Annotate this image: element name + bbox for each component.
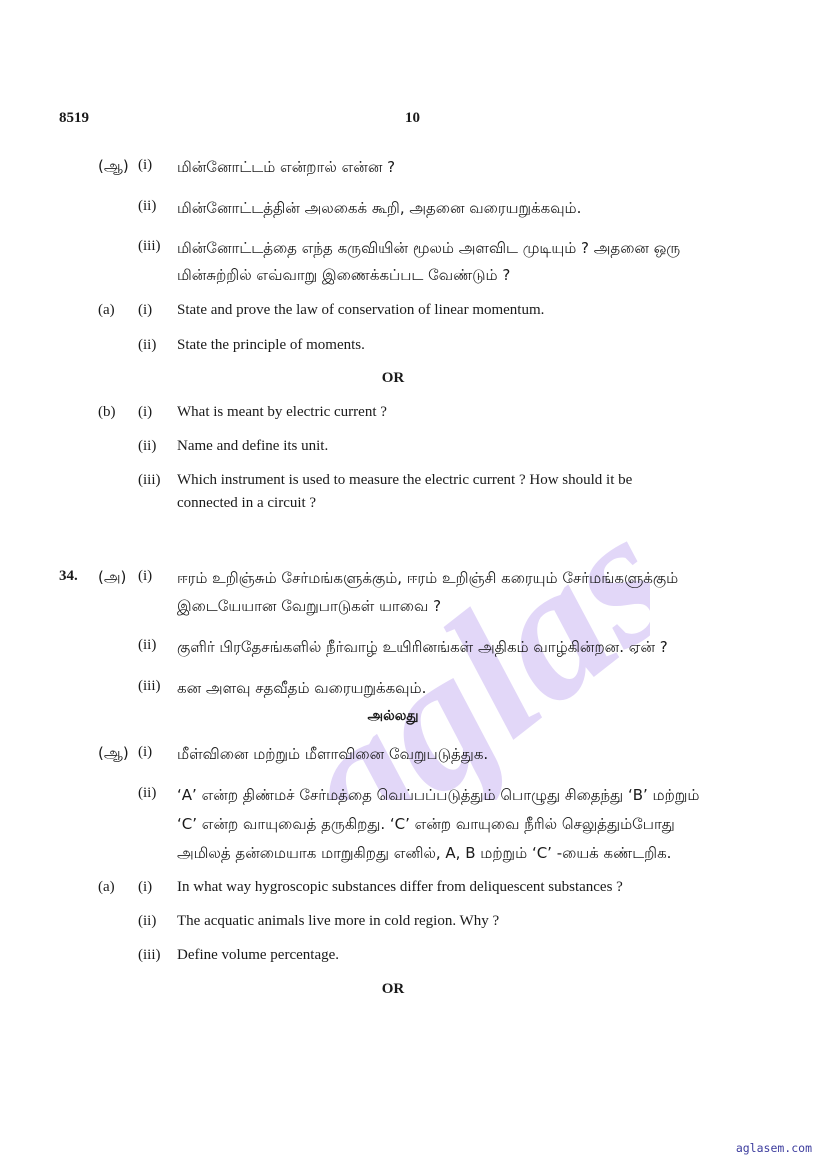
- subpart-label: (i): [138, 744, 152, 761]
- subpart-label: (iii): [138, 947, 161, 964]
- subpart-label: (ii): [138, 337, 156, 354]
- question-text: மின்சுற்றில் எவ்வாறு இணைக்கப்பட வேண்டும்…: [177, 266, 729, 286]
- question-text: மீள்வினை மற்றும் மீளாவினை வேறுபடுத்துக.: [177, 745, 729, 765]
- part-label: (a): [98, 879, 115, 896]
- question-text: ஈரம் உறிஞ்சும் சேர்மங்களுக்கும், ஈரம் உற…: [177, 569, 729, 589]
- question-number: 34.: [59, 568, 78, 585]
- subpart-label: (i): [138, 568, 152, 585]
- or-separator: OR: [0, 981, 786, 998]
- page-number: 10: [405, 110, 420, 127]
- subpart-label: (ii): [138, 785, 156, 802]
- question-text: State and prove the law of conservation …: [177, 302, 729, 319]
- subpart-label: (i): [138, 302, 152, 319]
- question-text: Define volume percentage.: [177, 947, 729, 964]
- part-label: (ஆ): [98, 157, 129, 177]
- subpart-label: (iii): [138, 472, 161, 489]
- footer-site-link[interactable]: aglasem.com: [736, 1141, 812, 1155]
- question-text: The acquatic animals live more in cold r…: [177, 913, 729, 930]
- question-text: State the principle of moments.: [177, 337, 729, 354]
- or-separator-tamil: அல்லது: [0, 708, 786, 726]
- question-text: Name and define its unit.: [177, 438, 729, 455]
- or-separator: OR: [0, 370, 786, 387]
- question-text: கன அளவு சதவீதம் வரையறுக்கவும்.: [177, 679, 729, 699]
- question-text: Which instrument is used to measure the …: [177, 472, 729, 489]
- question-text: இடையேயான வேறுபாடுகள் யாவை ?: [177, 597, 729, 617]
- part-label: (a): [98, 302, 115, 319]
- question-text: ‘A’ என்ற திண்மச் சேர்மத்தை வெப்பப்படுத்த…: [177, 786, 729, 806]
- subpart-label: (iii): [138, 238, 161, 255]
- question-text: What is meant by electric current ?: [177, 404, 729, 421]
- subpart-label: (ii): [138, 438, 156, 455]
- paper-code: 8519: [59, 110, 89, 127]
- question-text: குளிர் பிரதேசங்களில் நீர்வாழ் உயிரினங்கள…: [177, 638, 729, 658]
- question-text: In what way hygroscopic substances diffe…: [177, 879, 729, 896]
- part-label: (அ): [98, 568, 126, 588]
- question-text: மின்னோட்டத்தின் அலகைக் கூறி, அதனை வரையறு…: [177, 199, 729, 219]
- subpart-label: (iii): [138, 678, 161, 695]
- subpart-label: (i): [138, 404, 152, 421]
- subpart-label: (ii): [138, 198, 156, 215]
- subpart-label: (ii): [138, 913, 156, 930]
- subpart-label: (i): [138, 157, 152, 174]
- question-text: அமிலத் தன்மையாக மாறுகிறது எனில், A, B மற…: [177, 844, 729, 864]
- question-text: மின்னோட்டம் என்றால் என்ன ?: [177, 158, 729, 178]
- question-text: மின்னோட்டத்தை எந்த கருவியின் மூலம் அளவிட…: [177, 239, 729, 259]
- part-label: (b): [98, 404, 116, 421]
- part-label: (ஆ): [98, 744, 129, 764]
- subpart-label: (ii): [138, 637, 156, 654]
- question-text: connected in a circuit ?: [177, 495, 729, 512]
- subpart-label: (i): [138, 879, 152, 896]
- question-text: ‘C’ என்ற வாயுவைத் தருகிறது. ‘C’ என்ற வாய…: [177, 815, 729, 835]
